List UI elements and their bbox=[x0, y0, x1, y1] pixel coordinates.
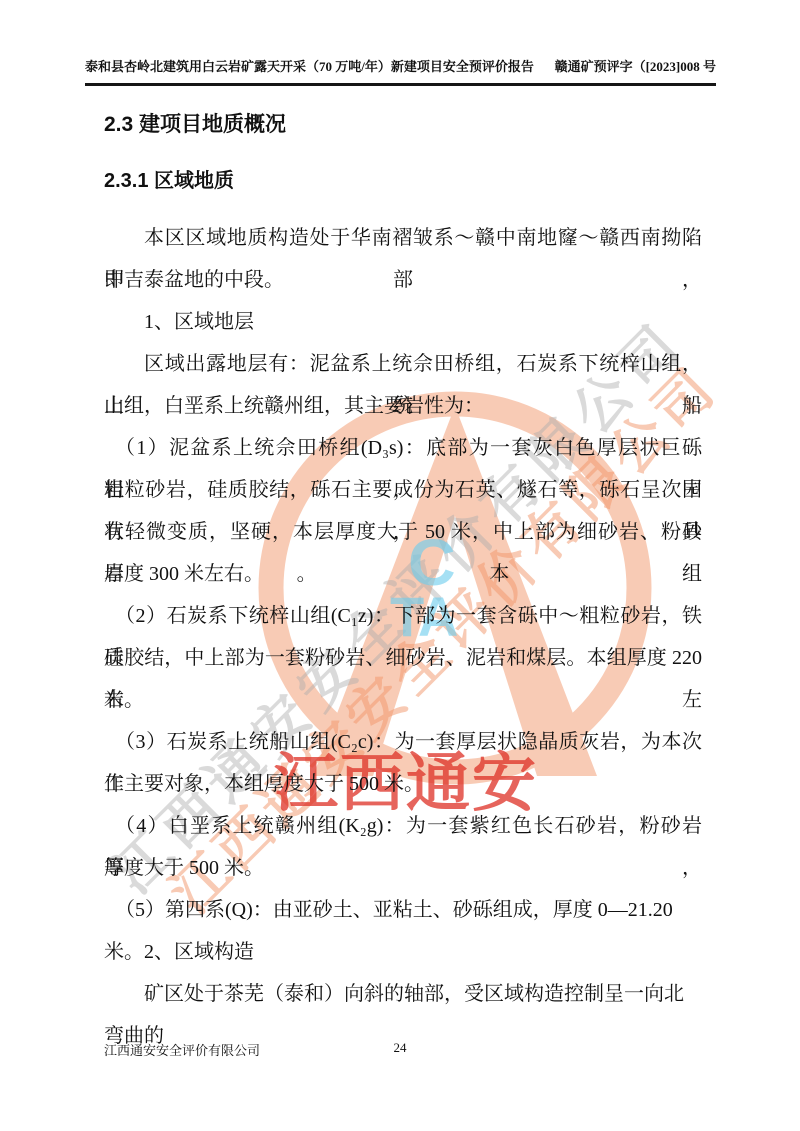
section-heading: 2.3 建项目地质概况 bbox=[104, 108, 286, 138]
body-line: （3）石炭系上统船山组(C₂c)：为一套厚层状隐晶质灰岩，为本次工 bbox=[104, 721, 702, 763]
subsection-heading: 2.3.1 区域地质 bbox=[104, 164, 234, 193]
body-line: 矿区处于茶芜（泰和）向斜的轴部，受区域构造控制呈一向北弯曲的 bbox=[104, 973, 702, 1015]
body-line: （2）石炭系下统梓山组(C₁z)：下部为一套含砾中～粗粒砂岩，铁硅 bbox=[104, 595, 702, 637]
body-line: （1）泥盆系上统佘田桥组(D₃s)：底部为一套灰白色厚层状巨砾岩，中 bbox=[104, 427, 702, 469]
body-line: 粗粒砂岩，硅质胶结，砾石主要成份为石英、燧石等，砾石呈次园状，具 bbox=[104, 469, 702, 511]
body-line: 区域出露地层有：泥盆系上统佘田桥组，石炭系下统梓山组，上统船 bbox=[104, 343, 702, 385]
document-content: 泰和县杏岭北建筑用白云岩矿露天开采（70 万吨/年）新建项目安全预评价报告 赣通… bbox=[0, 0, 800, 1131]
footer-page-number: 24 bbox=[0, 1040, 800, 1056]
body-text: 本区区域地质构造处于华南褶皱系～赣中南地窿～赣西南拗陷中部， 即吉泰盆地的中段。… bbox=[104, 217, 702, 1015]
body-line: （4）白垩系上统赣州组(K₂g)：为一套紫红色长石砂岩，粉砂岩等， bbox=[104, 805, 702, 847]
body-line: 有轻微变质，坚硬，本层厚度大于 50 米，中上部为细砂岩、粉砂岩。本组 bbox=[104, 511, 702, 553]
body-line: 本区区域地质构造处于华南褶皱系～赣中南地窿～赣西南拗陷中部， bbox=[104, 217, 702, 259]
report-page: 江西通安安全评价有限公司 江西通安安全评价有限公司 C TA 江西通安 泰和县杏… bbox=[0, 0, 800, 1131]
header-document-ref: 赣通矿预评字（[2023]008 号 bbox=[555, 56, 716, 75]
body-line: 2、区域构造 bbox=[104, 931, 702, 973]
body-line: 质胶结，中上部为一套粉砂岩、细砂岩、泥岩和煤层。本组厚度 220 米左 bbox=[104, 637, 702, 679]
body-line: 作主要对象，本组厚度大于 500 米。 bbox=[104, 763, 702, 805]
body-line: 1、区域地层 bbox=[104, 301, 702, 343]
body-line: （5）第四系(Q)：由亚砂土、亚粘土、砂砾组成，厚度 0—21.20 米。 bbox=[104, 889, 702, 931]
header-report-title: 泰和县杏岭北建筑用白云岩矿露天开采（70 万吨/年）新建项目安全预评价报告 bbox=[85, 56, 534, 75]
header-rule bbox=[85, 83, 716, 86]
page-header: 泰和县杏岭北建筑用白云岩矿露天开采（70 万吨/年）新建项目安全预评价报告 赣通… bbox=[85, 56, 716, 75]
